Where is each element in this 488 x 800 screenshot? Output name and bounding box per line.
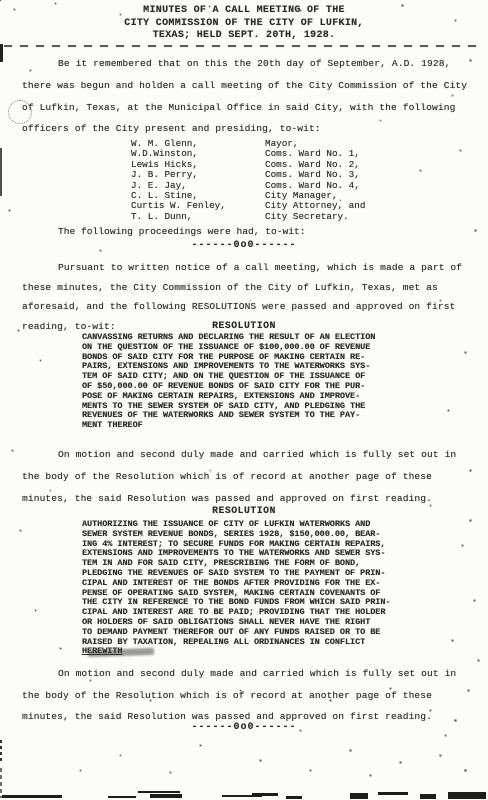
bottom-scan-artifact: [420, 794, 436, 799]
section-separator: ------0o0------: [0, 240, 488, 251]
scan-edge-mark: [0, 44, 3, 62]
motion-paragraph-1: On motion and second duly made and carri…: [22, 444, 472, 510]
bottom-scan-artifact: [350, 793, 368, 799]
bottom-scan-artifact: [378, 792, 408, 795]
motion-paragraph-2: On motion and second duly made and carri…: [22, 663, 472, 728]
bottom-scan-artifact: [138, 791, 180, 793]
officer-role: City Secretary.: [265, 212, 349, 222]
scan-edge-mark: [0, 148, 2, 196]
proceedings-line: The following proceedings were had, to-w…: [58, 226, 306, 237]
resolution-heading-2: RESOLUTION: [0, 505, 488, 516]
resolution-2-line: RAISED BY TAXATION, REPEALING ALL ORDINA…: [82, 638, 422, 648]
dashed-rule: [4, 45, 484, 47]
resolution-1-caption: CANVASSING RETURNS AND DECLARING THE RES…: [82, 333, 422, 431]
bottom-scan-artifact: [286, 796, 302, 799]
officer-row: T. L. Dunn, City Secretary.: [131, 212, 365, 222]
closing-separator: ------0o0------: [0, 722, 488, 733]
bottom-scan-artifact: [2, 795, 62, 798]
title-line-2: CITY COMMISSION OF THE CITY OF LUFKIN,: [0, 18, 488, 31]
title-line-3: TEXAS; HELD SEPT. 20TH, 1928.: [0, 30, 488, 43]
bottom-scan-artifact: [448, 792, 486, 799]
resolution-1-line: MENT THEREOF: [82, 421, 422, 431]
bottom-scan-artifact: [252, 793, 278, 796]
scan-edge-mark: [0, 768, 2, 798]
officer-name: T. L. Dunn,: [131, 212, 265, 222]
scan-noise-speckles: [0, 0, 1, 1]
stain-ring-artifact: [8, 100, 32, 124]
bottom-scan-artifact: [108, 796, 136, 798]
resolution-heading-1: RESOLUTION: [0, 320, 488, 331]
officer-list: W. M. Glenn, Mayor, W.D.Winston, Coms. W…: [131, 139, 365, 222]
scanned-minutes-page: MINUTES OF A CALL MEETING OF THE CITY CO…: [0, 0, 488, 800]
title-line-1: MINUTES OF A CALL MEETING OF THE: [0, 5, 488, 18]
scan-edge-mark: [0, 740, 2, 764]
bottom-scan-artifact: [150, 794, 182, 798]
resolution-2-caption: AUTHORIZING THE ISSUANCE OF CITY OF LUFK…: [82, 520, 422, 657]
intro-paragraph: Be it remembered that on this the 20th d…: [22, 53, 472, 140]
document-title: MINUTES OF A CALL MEETING OF THE CITY CO…: [0, 5, 488, 43]
